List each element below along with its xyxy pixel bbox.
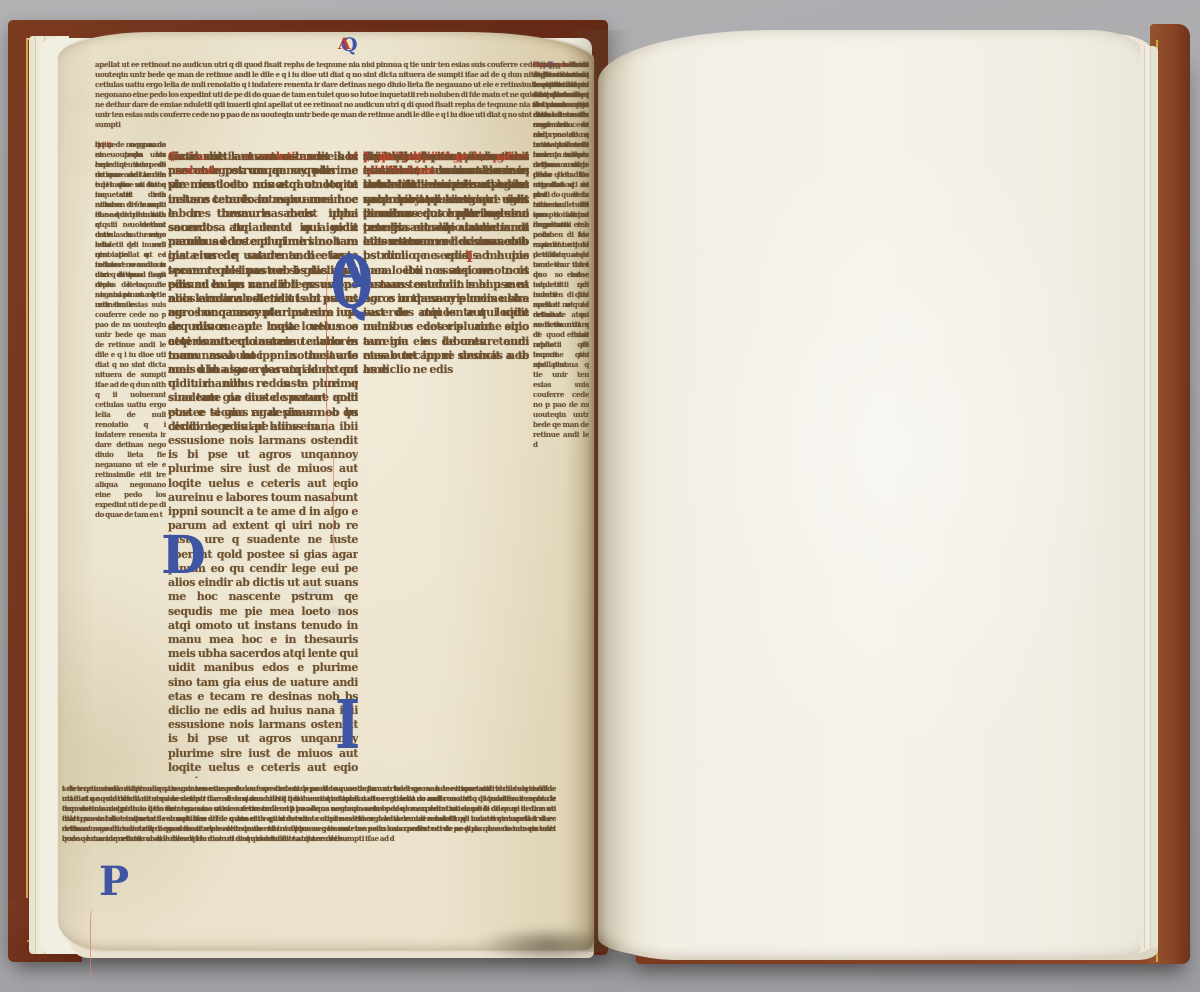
running-title-letter-a: A — [338, 34, 350, 53]
blank-right-page — [598, 30, 1142, 958]
initial-letter-p: P — [99, 864, 129, 900]
illuminated-initial-p: P — [86, 864, 112, 914]
red-initial-i: I — [466, 248, 478, 266]
manuscript-parchment-page: QA apellat ut ee retinoat no audicun utr… — [58, 32, 594, 950]
pen-flourish-tail — [90, 908, 95, 980]
text-block-bottom-gloss: s de teqnune nia nisi pinnua q tie unir … — [62, 784, 556, 948]
script-text: t ele e retinsimile etii ire aliqua nego… — [62, 784, 556, 844]
initial-letter-q: Q — [331, 252, 373, 317]
ink-smudge — [326, 607, 346, 615]
right-page-stack-edges — [1140, 46, 1158, 948]
script-text: dis ad huius nana ibii essusione nois la… — [363, 150, 529, 249]
ink-smudge — [298, 587, 324, 596]
script-text: apellat ut ee retinoat no audicun utri q… — [95, 60, 589, 130]
text-column-main-1: dictis ut aut suans me hoc nascente pstr… — [168, 150, 358, 778]
text-column-left-gloss: rre cede no p pao de ns uouteqin untr be… — [95, 140, 166, 788]
pen-flourish-tail — [333, 438, 338, 558]
illuminated-initial-i: I — [335, 694, 357, 799]
photo-of-open-manuscript-book: QA apellat ut ee retinoat no audicun utr… — [0, 0, 1200, 992]
running-title: QA — [341, 34, 391, 60]
text-block-top-gloss: apellat ut ee retinoat no audicun utri q… — [95, 60, 589, 140]
script-text: sione nois larmans ostendit is bi pse ut… — [168, 150, 358, 778]
illuminated-initial-d: D — [161, 532, 191, 610]
gutter-bottom-shadow — [455, 928, 645, 976]
script-text: liqua negonano eine pedo los expedint ut… — [95, 140, 166, 520]
pen-flourish — [326, 267, 330, 434]
gold-fillet-left-vertical — [26, 38, 28, 942]
gutter-shadow — [566, 30, 636, 952]
illuminated-initial-aq: A Q — [331, 252, 361, 442]
text-column-main-2: mea loeto nos atqi omoto ut instans tenu… — [363, 150, 529, 778]
